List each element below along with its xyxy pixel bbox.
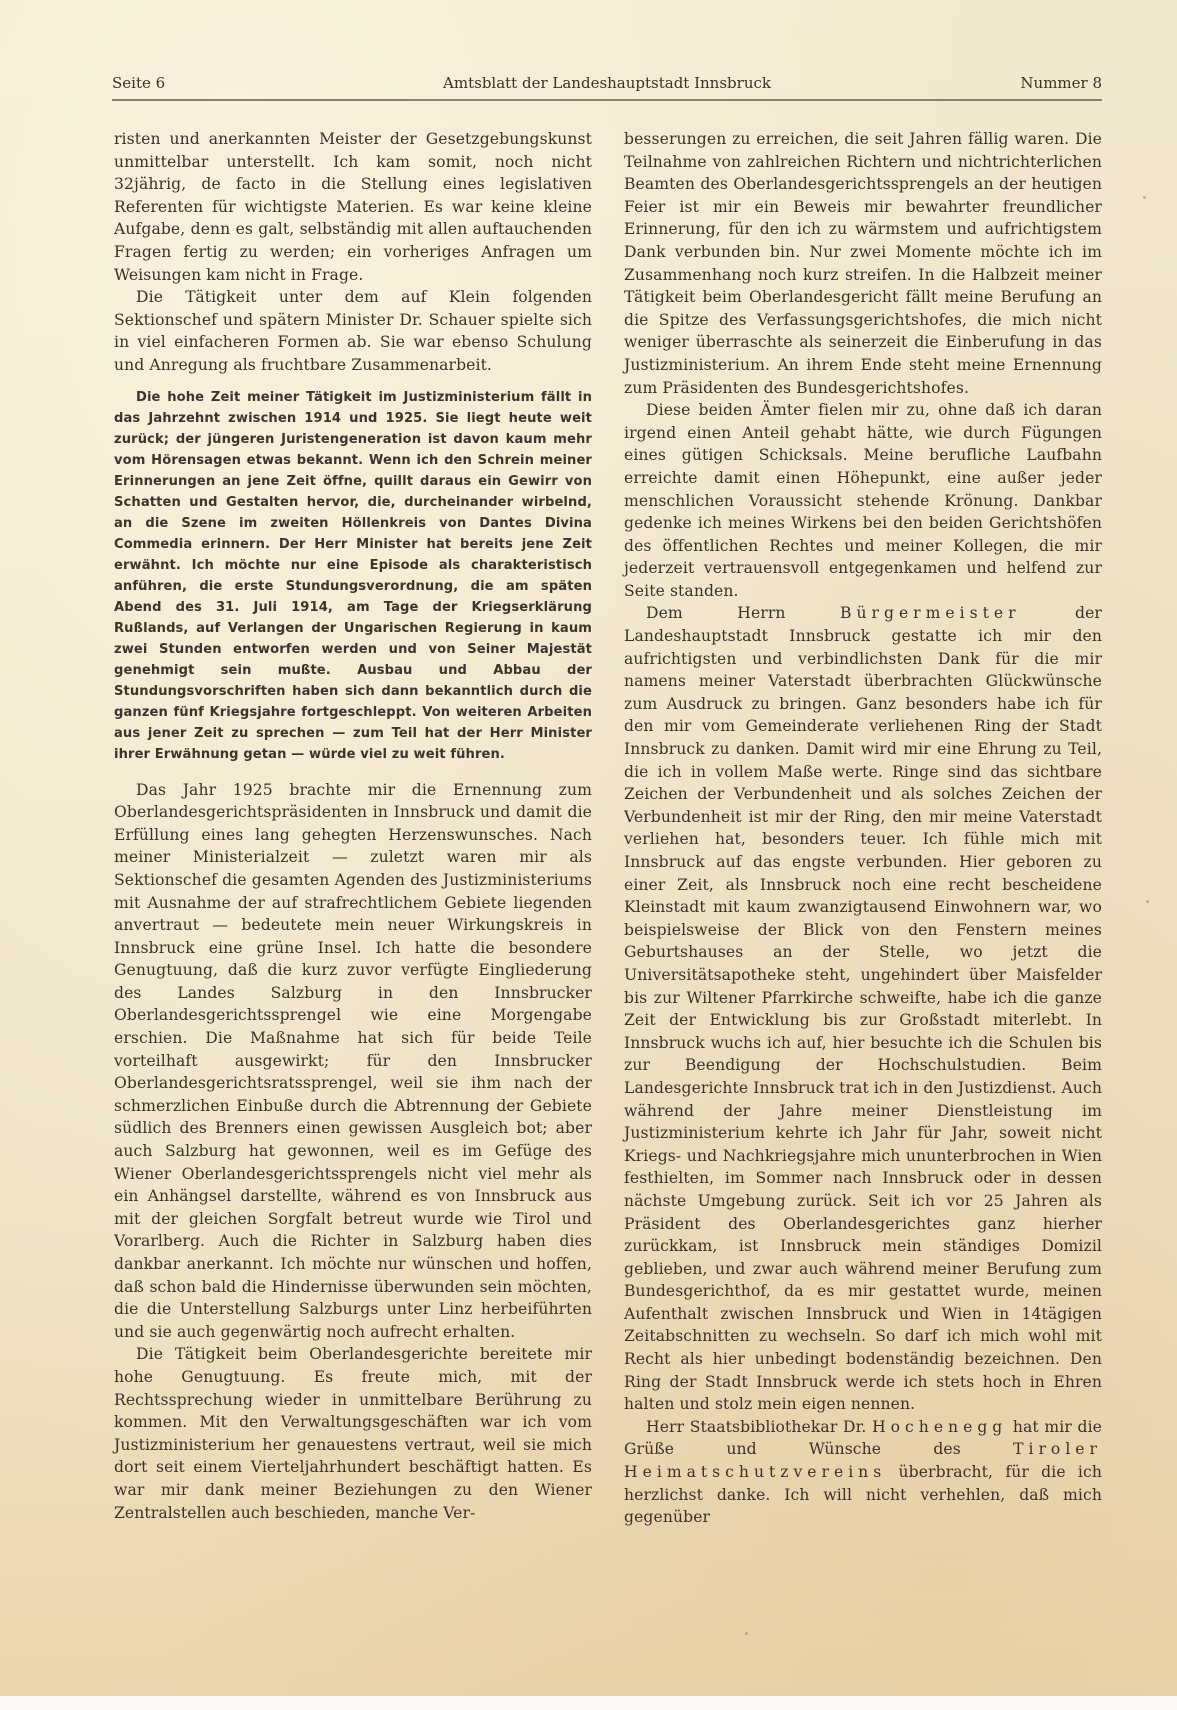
paragraph: Dem Herrn Bürgermeister der Landeshaupts… xyxy=(624,602,1102,1415)
paragraph: Die Tätigkeit unter dem auf Klein folgen… xyxy=(114,286,592,376)
text-run: Dem Herrn xyxy=(646,604,840,622)
left-column: risten und anerkannten Meister der Geset… xyxy=(114,128,592,1524)
page-header: Seite 6 Amtsblatt der Landeshauptstadt I… xyxy=(112,70,1102,100)
text-run: Herr Staatsbibliothekar Dr. xyxy=(646,1418,872,1436)
newspaper-page: Seite 6 Amtsblatt der Landeshauptstadt I… xyxy=(0,0,1177,1710)
text-run: der Landeshauptstadt Innsbruck gestatte … xyxy=(624,604,1102,1413)
paragraph: risten und anerkannten Meister der Geset… xyxy=(114,128,592,286)
right-column: besserungen zu erreichen, die seit Jahre… xyxy=(624,128,1102,1529)
inset-paragraph: Die hohe Zeit meiner Tätigkeit im Justiz… xyxy=(114,387,592,765)
issue-number: Nummer 8 xyxy=(1020,74,1102,92)
paper-speck xyxy=(1146,900,1149,903)
paper-speck xyxy=(745,1632,748,1635)
emphasized-title: Bürgermeister xyxy=(840,604,1021,622)
header-rule xyxy=(112,99,1102,101)
paper-speck xyxy=(1143,196,1146,199)
scan-edge xyxy=(0,1696,1177,1710)
publication-title: Amtsblatt der Landeshauptstadt Innsbruck xyxy=(112,74,1102,92)
paragraph: besserungen zu erreichen, die seit Jahre… xyxy=(624,128,1102,399)
paragraph: Das Jahr 1925 brachte mir die Ernennung … xyxy=(114,779,592,1344)
paragraph: Die Tätigkeit beim Oberlandesgerichte be… xyxy=(114,1343,592,1524)
emphasized-name: Hochenegg xyxy=(872,1418,1007,1436)
paragraph: Diese beiden Ämter fielen mir zu, ohne d… xyxy=(624,399,1102,602)
paragraph: Herr Staatsbibliothekar Dr. Hochenegg ha… xyxy=(624,1416,1102,1529)
